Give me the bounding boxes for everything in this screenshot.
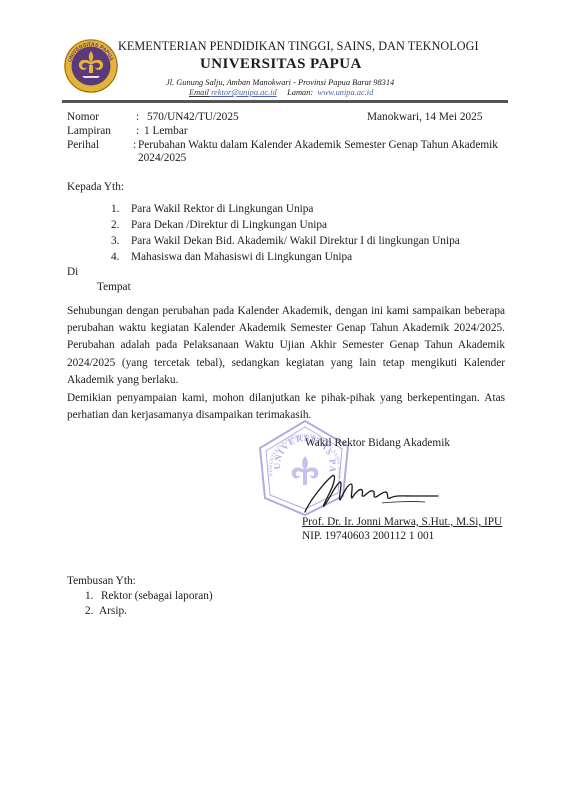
signatory-position: Wakil Rektor Bidang Akademik [305,437,450,449]
signatory-nip: NIP. 19740603 200112 1 001 [302,530,434,542]
nomor-label: Nomor [67,111,99,123]
cc-num: 1. [85,590,93,602]
perihal-colon: : [133,139,136,151]
email-label: Email [189,88,209,97]
recipients-intro: Kepada Yth: [67,181,124,193]
lampiran-colon: : [136,125,139,137]
lampiran-label: Lampiran [67,125,111,137]
di-label: Di [67,266,78,278]
address: Jl. Gunung Salju, Amban Manokwari - Prov… [166,78,394,87]
recipient-num: 3. [111,235,119,247]
lampiran-value: 1 Lembar [144,125,188,137]
recipient-num: 2. [111,219,119,231]
ministry-name: KEMENTERIAN PENDIDIKAN TINGGI, SAINS, DA… [118,39,479,54]
signatory-name: Prof. Dr. Ir. Jonni Marwa, S.Hut., M.Si,… [302,516,502,528]
website-link[interactable]: www.unipa.ac.id [317,88,373,97]
cc-title: Tembusan Yth: [67,575,136,587]
perihal-label: Perihal [67,139,99,151]
perihal-value-line1: Perubahan Waktu dalam Kalender Akademik … [138,139,498,151]
nomor-colon: : [136,111,139,123]
recipient-num: 1. [111,203,119,215]
email-link[interactable]: rektor@unipa.ac.id [209,88,277,97]
perihal-value-line2: 2024/2025 [138,152,186,164]
cc-num: 2. [85,605,93,617]
university-name: UNIVERSITAS PAPUA [200,56,362,73]
website-label: Laman: [287,88,313,97]
tempat-label: Tempat [97,281,131,293]
recipient-item: Para Dekan /Direktur di Lingkungan Unipa [131,219,327,231]
cc-item: Rektor (sebagai laporan) [101,590,213,602]
handwritten-signature-icon [300,470,445,520]
nomor-value: 570/UN42/TU/2025 [147,111,239,123]
body-paragraph-1: Sehubungan dengan perubahan pada Kalende… [67,303,505,389]
place-date: Manokwari, 14 Mei 2025 [367,111,482,123]
university-seal-icon: UNIVERSITAS PAPUA [63,38,119,94]
cc-item: Arsip. [99,605,127,617]
header-divider [62,100,508,103]
recipient-item: Mahasiswa dan Mahasiswi di Lingkungan Un… [131,251,352,263]
recipient-item: Para Wakil Dekan Bid. Akademik/ Wakil Di… [131,235,460,247]
recipient-num: 4. [111,251,119,263]
recipient-item: Para Wakil Rektor di Lingkungan Unipa [131,203,313,215]
contact-line: Email rektor@unipa.ac.id Laman: www.unip… [189,88,373,97]
